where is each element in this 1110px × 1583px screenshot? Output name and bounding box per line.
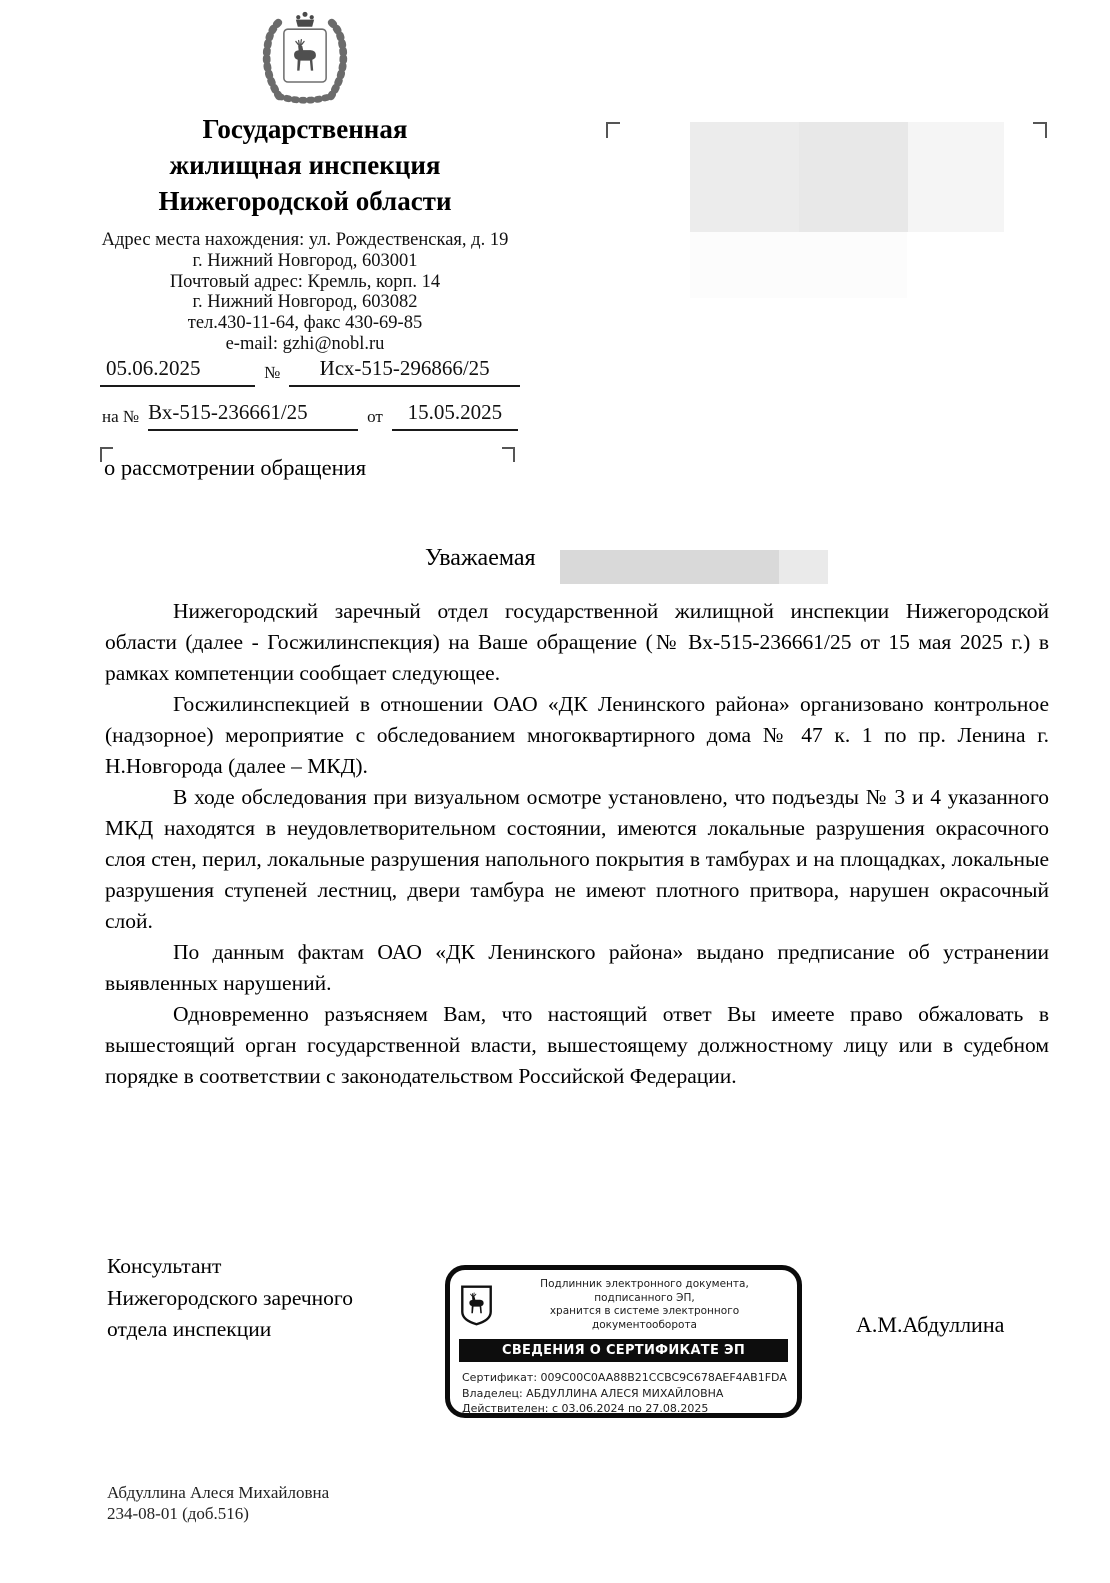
org-name-line: Нижегородской области <box>95 183 515 219</box>
address-line: г. Нижний Новгород, 603001 <box>95 251 515 272</box>
corner-mark-recipient-right <box>1033 122 1047 138</box>
executor-phone: 234-08-01 (доб.516) <box>107 1503 329 1524</box>
redacted-recipient-block <box>908 122 1004 232</box>
signer-name: А.М.Абдуллина <box>856 1312 1004 1338</box>
org-name: Государственная жилищная инспекция Нижег… <box>95 111 515 219</box>
redacted-recipient-block <box>690 122 799 232</box>
stamp-header-line: хранится в системе электронного документ… <box>500 1305 789 1332</box>
redacted-name-block <box>779 550 828 584</box>
electronic-signature-stamp: Подлинник электронного документа, подпис… <box>445 1265 802 1418</box>
stamp-header-text: Подлинник электронного документа, подпис… <box>500 1278 789 1332</box>
org-name-line: Государственная <box>95 111 515 147</box>
subject-line: о рассмотрении обращения <box>104 455 366 481</box>
incoming-number: Вх-515-236661/25 <box>148 400 358 431</box>
org-name-line: жилищная инспекция <box>95 147 515 183</box>
signer-position: Консультант Нижегородского заречного отд… <box>107 1251 353 1346</box>
stamp-header: Подлинник электронного документа, подпис… <box>450 1270 797 1332</box>
signer-position-line: Нижегородского заречного <box>107 1283 353 1315</box>
executor-info: Абдуллина Алеся Михайловна 234-08-01 (до… <box>107 1482 329 1524</box>
letter-body: Нижегородский заречный отдел государстве… <box>105 596 1049 1092</box>
body-paragraph: Нижегородский заречный отдел государстве… <box>105 596 1049 689</box>
org-address: Адрес места нахождения: ул. Рождественск… <box>95 230 515 355</box>
executor-name: Абдуллина Алеся Михайловна <box>107 1482 329 1503</box>
certificate-owner: Владелец: АБДУЛЛИНА АЛЕСЯ МИХАЙЛОВНА <box>462 1386 797 1402</box>
number-sign-label: № <box>255 363 289 387</box>
stamp-certificate-title: СВЕДЕНИЯ О СЕРТИФИКАТЕ ЭП <box>459 1339 788 1362</box>
corner-mark-subject-right <box>502 447 515 462</box>
deer-shield-icon <box>460 1284 493 1327</box>
outgoing-date: 05.06.2025 <box>100 356 255 387</box>
letterhead: Государственная жилищная инспекция Нижег… <box>95 10 515 355</box>
outgoing-number: Исх-515-296866/25 <box>289 356 520 387</box>
body-paragraph: Госжилинспекцией в отношении ОАО «ДК Лен… <box>105 689 1049 782</box>
from-label: от <box>358 407 392 431</box>
address-line: Адрес места нахождения: ул. Рождественск… <box>95 230 515 251</box>
stamp-certificate-details: Сертификат: 009C00C0AA88B21CCBC9C678AEF4… <box>462 1370 797 1417</box>
address-line: г. Нижний Новгород, 603082 <box>95 292 515 313</box>
signer-position-line: отдела инспекции <box>107 1314 353 1346</box>
certificate-number: Сертификат: 009C00C0AA88B21CCBC9C678AEF4… <box>462 1370 797 1386</box>
incoming-number-label: на № <box>100 407 148 431</box>
body-paragraph: По данным фактам ОАО «ДК Ленинского райо… <box>105 937 1049 999</box>
redacted-recipient-block <box>799 122 908 232</box>
redacted-name-block <box>560 550 779 584</box>
stamp-header-line: Подлинник электронного документа, подпис… <box>500 1278 789 1305</box>
document-page: Государственная жилищная инспекция Нижег… <box>0 0 1110 1583</box>
corner-mark-recipient-left <box>606 122 620 138</box>
reference-block: 05.06.2025 № Исх-515-296866/25 на № Вх-5… <box>100 356 520 431</box>
salutation-text: Уважаемая <box>425 545 536 572</box>
signer-position-line: Консультант <box>107 1251 353 1283</box>
coat-of-arms-icon <box>252 10 358 106</box>
address-line: e-mail: gzhi@nobl.ru <box>95 334 515 355</box>
incoming-ref-row: на № Вх-515-236661/25 от 15.05.2025 <box>100 400 520 431</box>
body-paragraph: Одновременно разъясняем Вам, что настоящ… <box>105 999 1049 1092</box>
incoming-date: 15.05.2025 <box>392 400 518 431</box>
redacted-recipient-block <box>690 232 907 298</box>
address-line: Почтовый адрес: Кремль, корп. 14 <box>95 272 515 293</box>
certificate-validity: Действителен: с 03.06.2024 по 27.08.2025 <box>462 1401 797 1417</box>
body-paragraph: В ходе обследования при визуальном осмот… <box>105 782 1049 937</box>
outgoing-ref-row: 05.06.2025 № Исх-515-296866/25 <box>100 356 520 387</box>
address-line: тел.430-11-64, факс 430-69-85 <box>95 313 515 334</box>
